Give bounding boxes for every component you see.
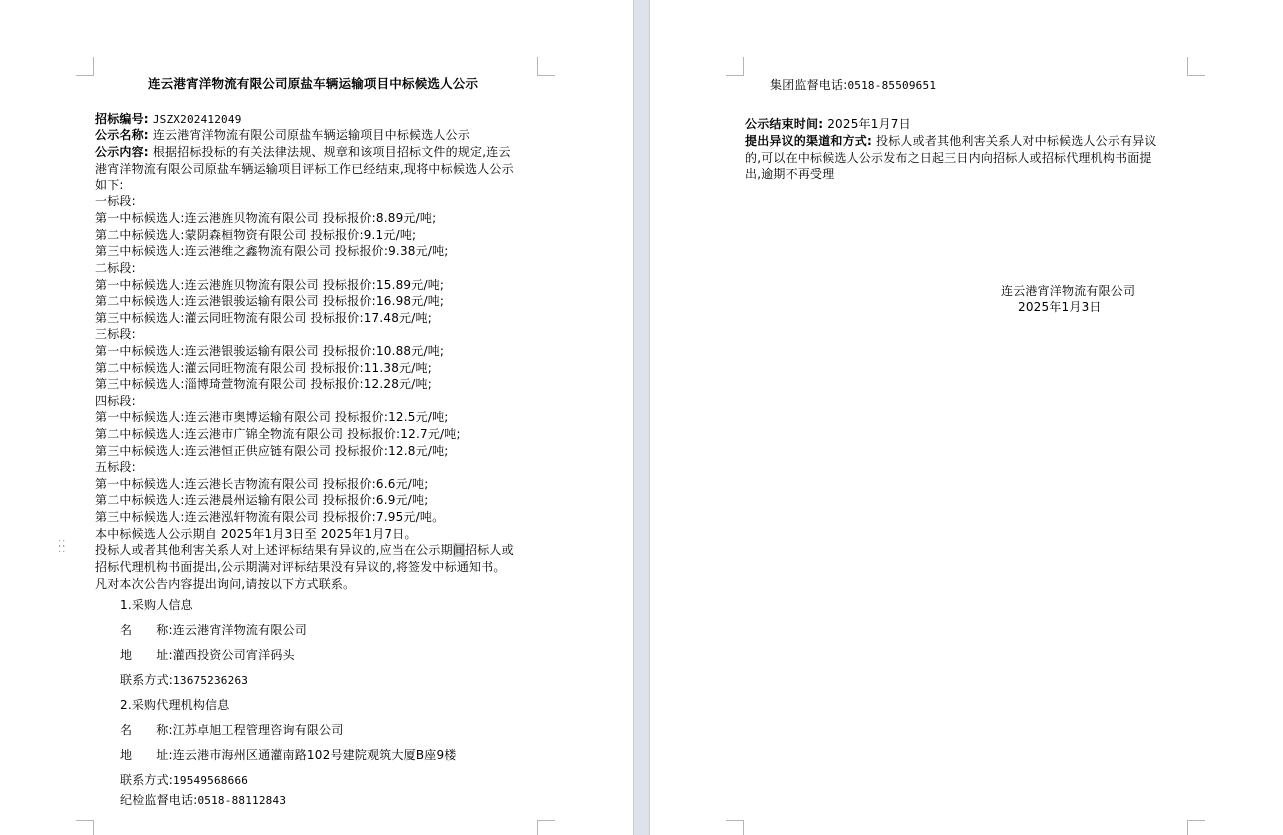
supervision-phone-row: 纪检监督电话:0518-88112843: [120, 792, 286, 810]
agency-name-label: 名 称:: [120, 723, 173, 737]
end-time-label: 公示结束时间:: [745, 117, 823, 131]
candidate-line: 第二中标候选人:蒙阴森桓物资有限公司 投标报价:9.1元/吨;: [95, 227, 416, 244]
bid-number-label: 招标编号:: [95, 112, 149, 126]
signature-company: 连云港宵洋物流有限公司: [1001, 283, 1135, 300]
purchaser-contact-row: 联系方式:13675236263: [120, 672, 248, 690]
group-supervision-label: 集团监督电话:: [770, 78, 847, 92]
end-time-row: 公示结束时间: 2025年1月7日: [745, 116, 911, 133]
document-page-2: 集团监督电话:0518-85509651 公示结束时间: 2025年1月7日 提…: [650, 0, 1283, 835]
section-heading: 一标段:: [95, 193, 136, 210]
margin-corner-mark: [726, 57, 744, 76]
purchaser-contact-value: 13675236263: [173, 674, 248, 687]
purchaser-name-label: 名 称:: [120, 623, 173, 637]
candidate-line: 第一中标候选人:连云港旌贝物流有限公司 投标报价:15.89元/吨;: [95, 277, 444, 294]
candidate-line: 第三中标候选人:连云港泓轩物流有限公司 投标报价:7.95元/吨。: [95, 509, 444, 526]
document-page-1: 连云港宵洋物流有限公司原盐车辆运输项目中标候选人公示 招标编号: JSZX202…: [0, 0, 633, 835]
supervision-phone-label: 纪检监督电话:: [120, 793, 197, 807]
objection-channel-text: 出,逾期不再受理: [745, 166, 834, 183]
margin-corner-mark: [537, 820, 555, 835]
agency-name-row: 名 称:江苏卓旭工程管理咨询有限公司: [120, 722, 344, 739]
objection-channel-text: 的,可以在中标候选人公示发布之日起三日内向招标人或招标代理机构书面提: [745, 150, 1152, 167]
candidate-line: 第二中标候选人:连云港银骏运输有限公司 投标报价:16.98元/吨;: [95, 293, 444, 310]
candidate-line: 第三中标候选人:连云港恒正供应链有限公司 投标报价:12.8元/吨;: [95, 443, 449, 460]
margin-corner-mark: [76, 57, 94, 76]
purchaser-heading: 1.采购人信息: [120, 597, 193, 614]
margin-corner-mark: [76, 820, 94, 835]
agency-address-row: 地 址:连云港市海州区通灌南路102号建院观筑大厦B座9楼: [120, 747, 457, 764]
notice-name-label: 公示名称:: [95, 128, 149, 142]
margin-corner-mark: [726, 820, 744, 835]
agency-contact-value: 19549568666: [173, 774, 248, 787]
group-supervision-value: 0518-85509651: [847, 79, 936, 92]
notice-name-value: 连云港宵洋物流有限公司原盐车辆运输项目中标候选人公示: [153, 128, 470, 142]
candidate-line: 第二中标候选人:连云港市广锦全物流有限公司 投标报价:12.7元/吨;: [95, 426, 461, 443]
section-heading: 二标段:: [95, 260, 136, 277]
objection-text: 投标人或者其他利害关系人对上述评标结果有异议的,应当在公示期: [95, 543, 453, 557]
agency-name-value: 江苏卓旭工程管理咨询有限公司: [173, 723, 344, 737]
margin-corner-mark: [1187, 820, 1205, 835]
candidate-line: 第三中标候选人:连云港维之鑫物流有限公司 投标报价:9.38元/吨;: [95, 243, 449, 260]
margin-corner-mark: [1187, 57, 1205, 76]
purchaser-contact-label: 联系方式:: [120, 673, 173, 687]
objection-paragraph-line: 投标人或者其他利害关系人对上述评标结果有异议的,应当在公示期间招标人或: [95, 542, 514, 559]
purchaser-address-label: 地 址:: [120, 648, 173, 662]
section-heading: 四标段:: [95, 393, 136, 410]
paragraph-drag-handle-icon[interactable]: ⁚⁚⁚⁚: [58, 543, 68, 557]
purchaser-name-row: 名 称:连云港宵洋物流有限公司: [120, 622, 307, 639]
candidate-line: 第一中标候选人:连云港旌贝物流有限公司 投标报价:8.89元/吨;: [95, 210, 436, 227]
notice-name-row: 公示名称: 连云港宵洋物流有限公司原盐车辆运输项目中标候选人公示: [95, 127, 470, 144]
group-supervision-row: 集团监督电话:0518-85509651: [770, 77, 936, 95]
notice-content-text: 如下:: [95, 177, 124, 194]
candidate-line: 第三中标候选人:灌云同旺物流有限公司 投标报价:17.48元/吨;: [95, 310, 432, 327]
candidate-line: 第一中标候选人:连云港长吉物流有限公司 投标报价:6.6元/吨;: [95, 476, 428, 493]
objection-paragraph-line: 招标代理机构书面提出,公示期满对评标结果没有异议的,将签发中标通知书。: [95, 559, 506, 576]
notice-content-label: 公示内容:: [95, 145, 149, 159]
text-selection-highlight[interactable]: 间: [453, 543, 465, 557]
candidate-line: 第一中标候选人:连云港市奥博运输有限公司 投标报价:12.5元/吨;: [95, 409, 449, 426]
section-heading: 三标段:: [95, 326, 136, 343]
candidate-line: 第三中标候选人:淄博琦萱物流有限公司 投标报价:12.28元/吨;: [95, 376, 432, 393]
notice-content-text: 港宵洋物流有限公司原盐车辆运输项目评标工作已经结束,现将中标候选人公示: [95, 161, 514, 178]
publicity-period: 本中标候选人公示期自 2025年1月3日至 2025年1月7日。: [95, 526, 417, 543]
objection-channel-text: 投标人或者其他利害关系人对中标候选人公示有异议: [876, 134, 1157, 148]
candidate-line: 第二中标候选人:连云港晨州运输有限公司 投标报价:6.9元/吨;: [95, 492, 428, 509]
candidate-line: 第二中标候选人:灌云同旺物流有限公司 投标报价:11.38元/吨;: [95, 360, 432, 377]
notice-content-text: 根据招标投标的有关法律法规、规章和该项目招标文件的规定,连云: [153, 145, 511, 159]
bid-number-value: JSZX202412049: [153, 113, 242, 126]
section-heading: 五标段:: [95, 459, 136, 476]
objection-paragraph-line: 凡对本次公告内容提出询问,请按以下方式联系。: [95, 576, 355, 593]
objection-channel-label: 提出异议的渠道和方式:: [745, 134, 872, 148]
agency-contact-row: 联系方式:19549568666: [120, 772, 248, 790]
supervision-phone-value: 0518-88112843: [197, 794, 286, 807]
candidate-line: 第一中标候选人:连云港银骏运输有限公司 投标报价:10.88元/吨;: [95, 343, 444, 360]
agency-address-label: 地 址:: [120, 748, 173, 762]
document-title: 连云港宵洋物流有限公司原盐车辆运输项目中标候选人公示: [148, 76, 478, 93]
objection-text: 招标人或: [465, 543, 514, 557]
end-time-value: 2025年1月7日: [827, 117, 911, 131]
margin-corner-mark: [537, 57, 555, 76]
agency-heading: 2.采购代理机构信息: [120, 697, 229, 714]
purchaser-address-value: 灌西投资公司宵洋码头: [173, 648, 295, 662]
page-gap: [633, 0, 650, 835]
notice-content-row: 公示内容: 根据招标投标的有关法律法规、规章和该项目招标文件的规定,连云: [95, 144, 511, 161]
signature-date: 2025年1月3日: [1018, 299, 1102, 316]
objection-channel-row: 提出异议的渠道和方式: 投标人或者其他利害关系人对中标候选人公示有异议: [745, 133, 1157, 150]
agency-contact-label: 联系方式:: [120, 773, 173, 787]
purchaser-address-row: 地 址:灌西投资公司宵洋码头: [120, 647, 295, 664]
purchaser-name-value: 连云港宵洋物流有限公司: [173, 623, 307, 637]
agency-address-value: 连云港市海州区通灌南路102号建院观筑大厦B座9楼: [173, 748, 457, 762]
